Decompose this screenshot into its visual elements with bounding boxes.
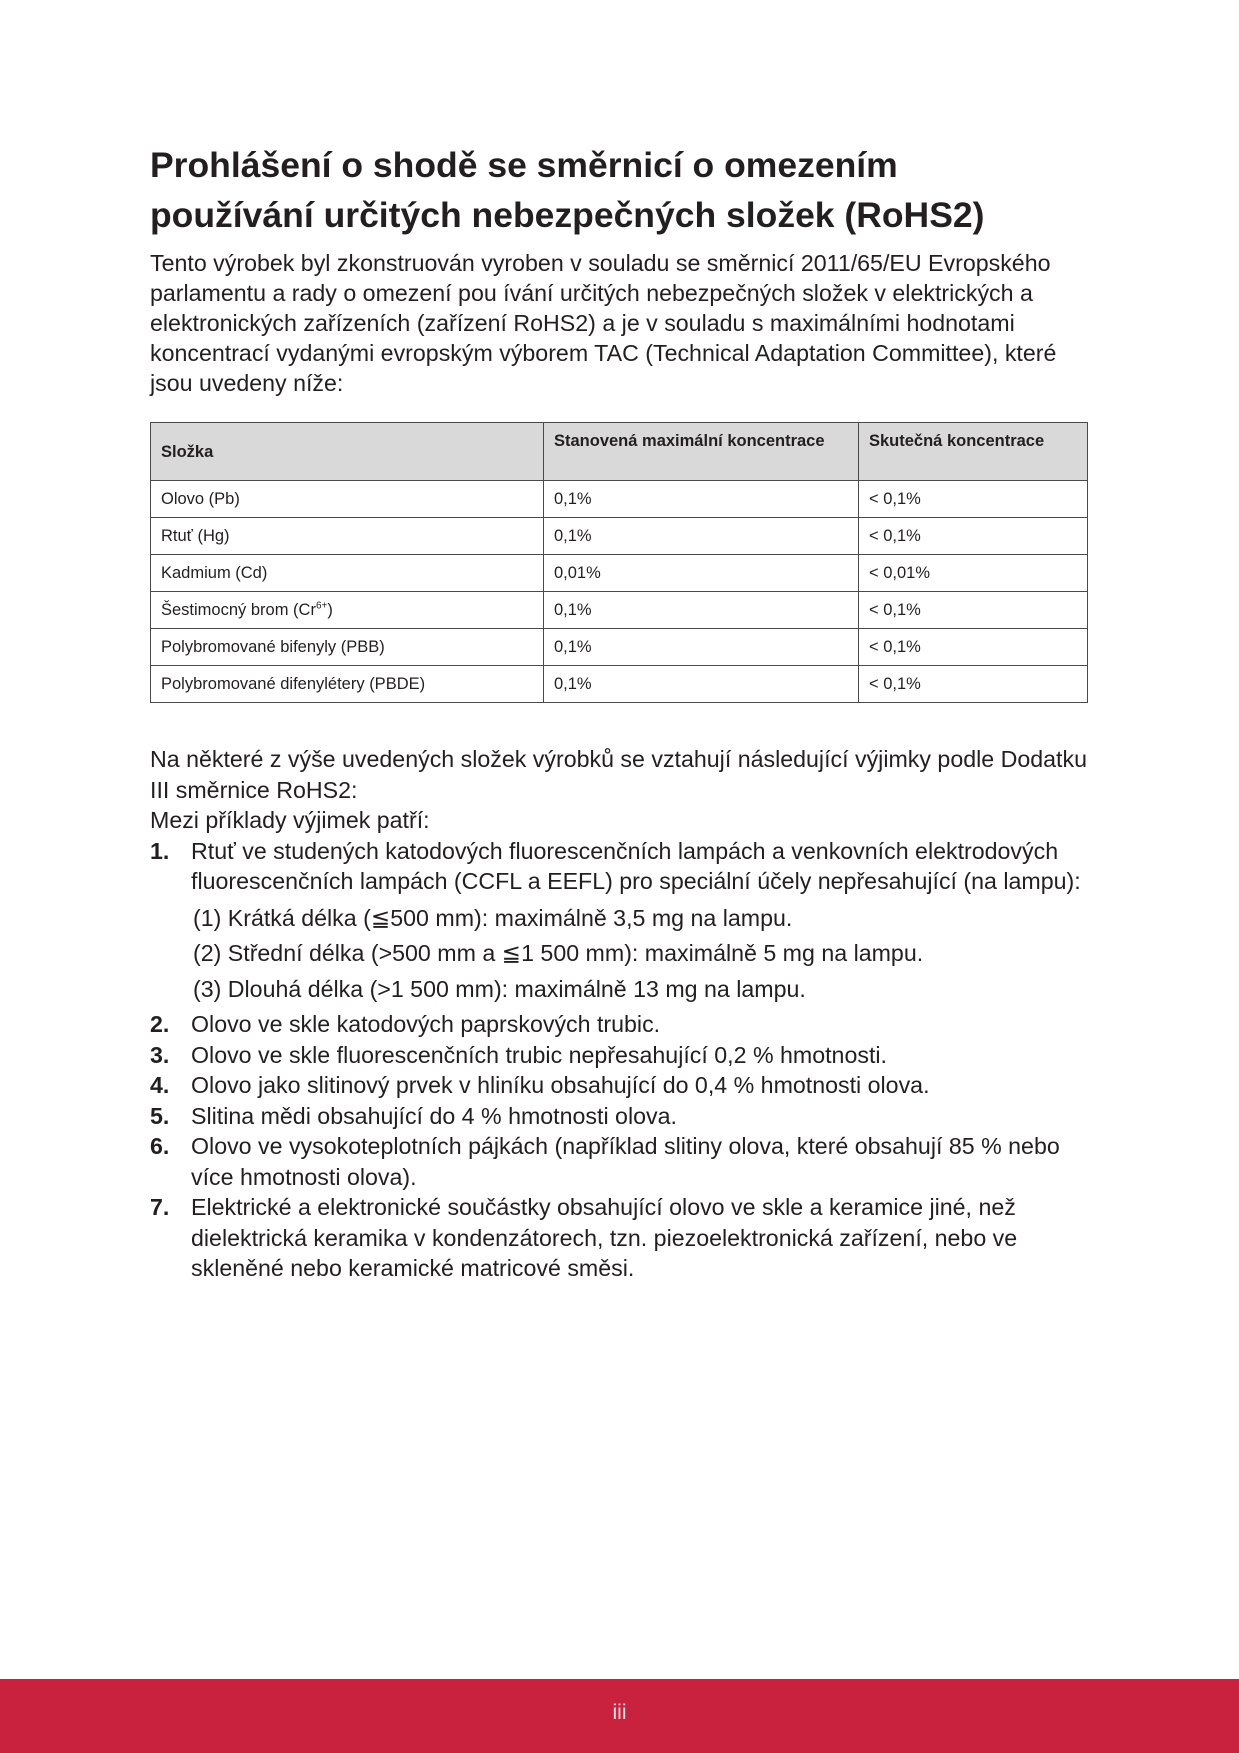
examples-label: Mezi příklady výjimek patří: bbox=[150, 805, 1100, 836]
intro-paragraph: Tento výrobek byl zkonstruován vyroben v… bbox=[150, 248, 1100, 398]
sublist-item: (2) Střední délka (>500 mm a ≦1 500 mm):… bbox=[191, 936, 1100, 972]
list-item: 3. Olovo ve skle fluorescenčních trubic … bbox=[150, 1040, 1100, 1071]
cell-substance: Šestimocný brom (Cr6+) bbox=[151, 592, 544, 629]
header-actual-concentration: Skutečná koncentrace bbox=[859, 423, 1088, 481]
length-limits-sublist: (1) Krátká délka (≦500 mm): maximálně 3,… bbox=[191, 901, 1100, 1008]
header-max-concentration: Stanovená maximální koncentrace bbox=[544, 423, 859, 481]
table-row: Rtuť (Hg) 0,1% < 0,1% bbox=[151, 518, 1088, 555]
list-item: 4. Olovo jako slitinový prvek v hliníku … bbox=[150, 1070, 1100, 1101]
cell-actual: < 0,1% bbox=[859, 629, 1088, 666]
substance-tail: ) bbox=[327, 601, 333, 619]
cell-max: 0,1% bbox=[544, 629, 859, 666]
item-text: Olovo ve vysokoteplotních pájkách (napří… bbox=[191, 1133, 1060, 1190]
substance-text: Šestimocný brom (Cr bbox=[161, 601, 316, 619]
sublist-item: (1) Krátká délka (≦500 mm): maximálně 3,… bbox=[191, 901, 1100, 937]
cell-substance: Rtuť (Hg) bbox=[151, 518, 544, 555]
item-number: 7. bbox=[150, 1192, 169, 1223]
cell-actual: < 0,1% bbox=[859, 666, 1088, 703]
title-line-2: používání určitých nebezpečných složek (… bbox=[150, 195, 984, 235]
cell-actual: < 0,01% bbox=[859, 555, 1088, 592]
header-substance: Složka bbox=[151, 423, 544, 481]
rohs-concentration-table: Složka Stanovená maximální koncentrace S… bbox=[150, 422, 1088, 703]
cell-max: 0,1% bbox=[544, 666, 859, 703]
item-text: Rtuť ve studených katodových fluorescenč… bbox=[191, 838, 1081, 895]
item-text: Slitina mědi obsahující do 4 % hmotnosti… bbox=[191, 1103, 677, 1129]
table-row: Olovo (Pb) 0,1% < 0,1% bbox=[151, 481, 1088, 518]
item-number: 1. bbox=[150, 836, 169, 867]
cell-max: 0,01% bbox=[544, 555, 859, 592]
item-text: Olovo jako slitinový prvek v hliníku obs… bbox=[191, 1072, 930, 1098]
table-header-row: Složka Stanovená maximální koncentrace S… bbox=[151, 423, 1088, 481]
item-number: 5. bbox=[150, 1101, 169, 1132]
sublist-item: (3) Dlouhá délka (>1 500 mm): maximálně … bbox=[191, 972, 1100, 1008]
table-row: Polybromované bifenyly (PBB) 0,1% < 0,1% bbox=[151, 629, 1088, 666]
page-number: iii bbox=[0, 1701, 1239, 1725]
item-number: 4. bbox=[150, 1070, 169, 1101]
item-text: Olovo ve skle katodových paprskových tru… bbox=[191, 1011, 660, 1037]
exemptions-intro: Na některé z výše uvedených složek výrob… bbox=[150, 744, 1100, 805]
cell-substance: Polybromované difenylétery (PBDE) bbox=[151, 666, 544, 703]
item-number: 6. bbox=[150, 1131, 169, 1162]
list-item: 6. Olovo ve vysokoteplotních pájkách (na… bbox=[150, 1131, 1100, 1192]
table-row: Polybromované difenylétery (PBDE) 0,1% <… bbox=[151, 666, 1088, 703]
list-item: 5. Slitina mědi obsahující do 4 % hmotno… bbox=[150, 1101, 1100, 1132]
cell-max: 0,1% bbox=[544, 592, 859, 629]
title-line-1: Prohlášení o shodě se směrnicí o omezení… bbox=[150, 145, 898, 185]
item-number: 2. bbox=[150, 1009, 169, 1040]
cell-substance: Polybromované bifenyly (PBB) bbox=[151, 629, 544, 666]
table-row: Šestimocný brom (Cr6+) 0,1% < 0,1% bbox=[151, 592, 1088, 629]
table-row: Kadmium (Cd) 0,01% < 0,01% bbox=[151, 555, 1088, 592]
item-number: 3. bbox=[150, 1040, 169, 1071]
list-item: 2. Olovo ve skle katodových paprskových … bbox=[150, 1009, 1100, 1040]
cell-max: 0,1% bbox=[544, 518, 859, 555]
cell-actual: < 0,1% bbox=[859, 592, 1088, 629]
cell-max: 0,1% bbox=[544, 481, 859, 518]
page-footer-bar: iii bbox=[0, 1679, 1239, 1753]
item-text: Olovo ve skle fluorescenčních trubic nep… bbox=[191, 1042, 887, 1068]
cell-actual: < 0,1% bbox=[859, 481, 1088, 518]
list-item: 7. Elektrické a elektronické součástky o… bbox=[150, 1192, 1100, 1284]
item-text: Elektrické a elektronické součástky obsa… bbox=[191, 1194, 1017, 1281]
page-title: Prohlášení o shodě se směrnicí o omezení… bbox=[150, 140, 1110, 240]
exemptions-section: Na některé z výše uvedených složek výrob… bbox=[150, 744, 1100, 1284]
superscript: 6+ bbox=[316, 601, 327, 612]
cell-substance: Olovo (Pb) bbox=[151, 481, 544, 518]
cell-substance: Kadmium (Cd) bbox=[151, 555, 544, 592]
cell-actual: < 0,1% bbox=[859, 518, 1088, 555]
list-item: 1. Rtuť ve studených katodových fluoresc… bbox=[150, 836, 1100, 1008]
exemptions-list: 1. Rtuť ve studených katodových fluoresc… bbox=[150, 836, 1100, 1284]
